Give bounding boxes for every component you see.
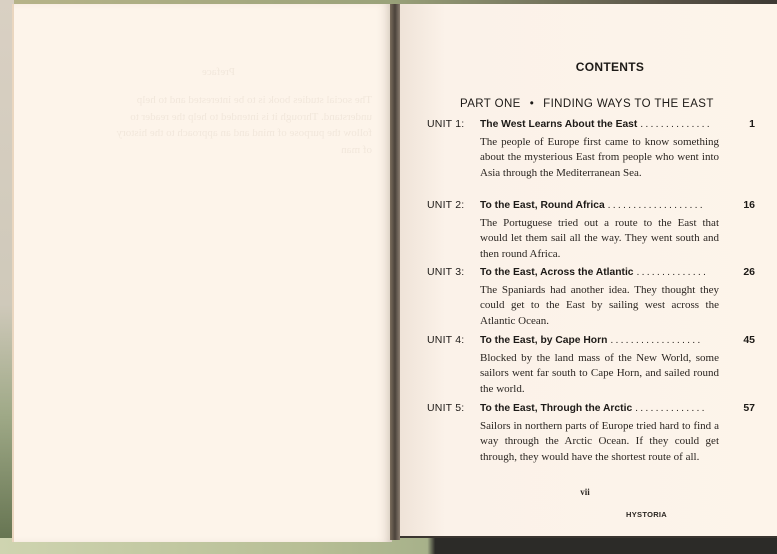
toc-entry-heading: UNIT 1:The West Learns About the East ..… bbox=[427, 118, 755, 134]
bleed-through-line: follow the purpose of mind and an approa… bbox=[72, 125, 372, 142]
toc-entry-heading: UNIT 4:To the East, by Cape Horn .......… bbox=[427, 334, 755, 350]
unit-title: The West Learns About the East bbox=[480, 119, 637, 130]
page-number: 1 bbox=[749, 118, 755, 130]
unit-description: Sailors in northern parts of Europe trie… bbox=[480, 419, 719, 465]
contents-page: CONTENTS PART ONE•FINDING WAYS TO THE EA… bbox=[400, 4, 777, 536]
toc-entry-heading: UNIT 3:To the East, Across the Atlantic … bbox=[427, 266, 755, 282]
part-title: FINDING WAYS TO THE EAST bbox=[543, 98, 714, 110]
part-label: PART ONE bbox=[460, 98, 521, 110]
watermark-label: HYSTORIA bbox=[626, 510, 667, 519]
dot-leader: .............. bbox=[636, 266, 708, 278]
part-heading: PART ONE•FINDING WAYS TO THE EAST bbox=[460, 98, 760, 110]
bleed-through-title: Preface bbox=[202, 64, 235, 81]
unit-description: The people of Europe first came to know … bbox=[480, 135, 719, 181]
unit-description: The Spaniards had another idea. They tho… bbox=[480, 283, 719, 329]
bullet-separator: • bbox=[530, 98, 534, 110]
dot-leader: ................... bbox=[608, 199, 705, 211]
page-title: CONTENTS bbox=[550, 60, 670, 74]
page-number: 26 bbox=[743, 266, 755, 278]
bleed-through-line: understand. Through it is intended to he… bbox=[72, 109, 372, 126]
page-number: 16 bbox=[743, 199, 755, 211]
page-number: 57 bbox=[743, 402, 755, 414]
unit-description: Blocked by the land mass of the New Worl… bbox=[480, 351, 719, 397]
unit-label: UNIT 3: bbox=[427, 266, 480, 278]
unit-label: UNIT 4: bbox=[427, 334, 480, 346]
unit-label: UNIT 2: bbox=[427, 199, 480, 211]
unit-label: UNIT 5: bbox=[427, 402, 480, 414]
bleed-through-text: The social studies book is to be interes… bbox=[72, 92, 372, 158]
dot-leader: .................. bbox=[610, 334, 702, 346]
toc-entry-heading: UNIT 5:To the East, Through the Arctic .… bbox=[427, 402, 755, 418]
unit-title: To the East, Across the Atlantic bbox=[480, 267, 634, 278]
unit-title: To the East, Through the Arctic bbox=[480, 403, 632, 414]
dot-leader: .............. bbox=[640, 118, 712, 130]
book-gutter bbox=[390, 4, 400, 540]
unit-description: The Portuguese tried out a route to the … bbox=[480, 216, 719, 262]
unit-title: To the East, by Cape Horn bbox=[480, 335, 607, 346]
unit-title: To the East, Round Africa bbox=[480, 200, 605, 211]
unit-label: UNIT 1: bbox=[427, 118, 480, 130]
page-number: 45 bbox=[743, 334, 755, 346]
toc-entry-heading: UNIT 2:To the East, Round Africa .......… bbox=[427, 199, 755, 215]
bleed-through-line: of man bbox=[72, 142, 372, 159]
page-folio: vii bbox=[570, 487, 600, 497]
dot-leader: .............. bbox=[635, 402, 707, 414]
bleed-through-line: The social studies book is to be interes… bbox=[72, 92, 372, 109]
left-page: Preface The social studies book is to be… bbox=[12, 4, 392, 542]
